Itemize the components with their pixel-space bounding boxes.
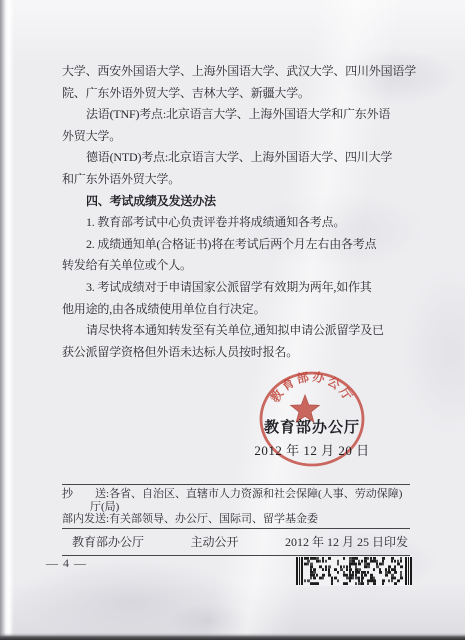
cc-continuation: 厅(局) [62, 501, 410, 514]
body-line: 院、广东外语外贸大学、吉林大学、新疆大学。 [62, 83, 406, 105]
paper-sheet: 大学、西安外国语大学、上海外国语大学、武汉大学、四川外国语学院、广东外语外贸大学… [0, 0, 465, 640]
body-line: 1. 教育部考试中心负责评卷并将成绩通知各考点。 [62, 212, 406, 234]
body-line: 外贸大学。 [62, 126, 406, 148]
internal-distribution-row: 部内发送:有关部领导、办公厅、国际司、留学基金委 [62, 513, 410, 526]
scan-edge-bottom [0, 633, 465, 640]
cc-block: 抄 送:各省、自治区、直辖市人力资源和社会保障(人事、劳动保障) 厅(局) 部内… [62, 485, 410, 528]
body-line: 转发给有关单位或个人。 [62, 255, 406, 277]
disclosure-type: 主动公开 [190, 533, 238, 550]
body-line: 大学、西安外国语大学、上海外国语大学、武汉大学、四川外国语学 [62, 61, 406, 83]
internal-distribution-text: 有关部领导、办公厅、国际司、留学基金委 [109, 513, 318, 525]
print-date: 2012 年 12 月 25 日印发 [285, 533, 408, 550]
cc-label: 抄 送: [62, 488, 109, 500]
seal-date: 2012 年 12 月 20 日 [238, 440, 386, 459]
scan-edge-left [0, 0, 14, 640]
section-heading: 四、考试成绩及发送办法 [62, 191, 406, 213]
internal-distribution-label: 部内发送: [62, 513, 109, 525]
body-line: 德语(NTD)考点:北京语言大学、上海外国语大学、四川大学 [62, 147, 406, 169]
cc-text: 各省、自治区、直辖市人力资源和社会保障(人事、劳动保障) [109, 488, 402, 500]
barcode [296, 556, 412, 586]
body-line: 法语(TNF)考点:北京语言大学、上海外国语大学和广东外语 [62, 104, 406, 126]
issuer-row: 教育部办公厅 主动公开 2012 年 12 月 25 日印发 [62, 529, 410, 555]
body-line: 3. 考试成绩对于申请国家公派留学有效期为两年,如作其 [62, 277, 406, 299]
document-footer: 抄 送:各省、自治区、直辖市人力资源和社会保障(人事、劳动保障) 厅(局) 部内… [62, 484, 410, 556]
page-number: — 4 — [46, 556, 87, 571]
body-line: 和广东外语外贸大学。 [62, 169, 406, 191]
document-body-text: 大学、西安外国语大学、上海外国语大学、武汉大学、四川外国语学院、广东外语外贸大学… [62, 61, 406, 363]
issuer-name: 教育部办公厅 [72, 533, 144, 550]
body-line: 他用途的,由各成绩使用单位自行决定。 [62, 299, 406, 321]
body-line: 获公派留学资格但外语未达标人员按时报名。 [62, 342, 406, 364]
body-line: 2. 成绩通知单(合格证书)将在考试后两个月左右由各考点 [62, 234, 406, 256]
issuing-org-signature: 教育部办公厅 [250, 416, 374, 437]
body-line: 请尽快将本通知转发至有关单位,通知拟申请公派留学及已 [62, 320, 406, 342]
cc-row: 抄 送:各省、自治区、直辖市人力资源和社会保障(人事、劳动保障) [62, 488, 410, 501]
scanned-document-page: 大学、西安外国语大学、上海外国语大学、武汉大学、四川外国语学院、广东外语外贸大学… [0, 0, 465, 640]
